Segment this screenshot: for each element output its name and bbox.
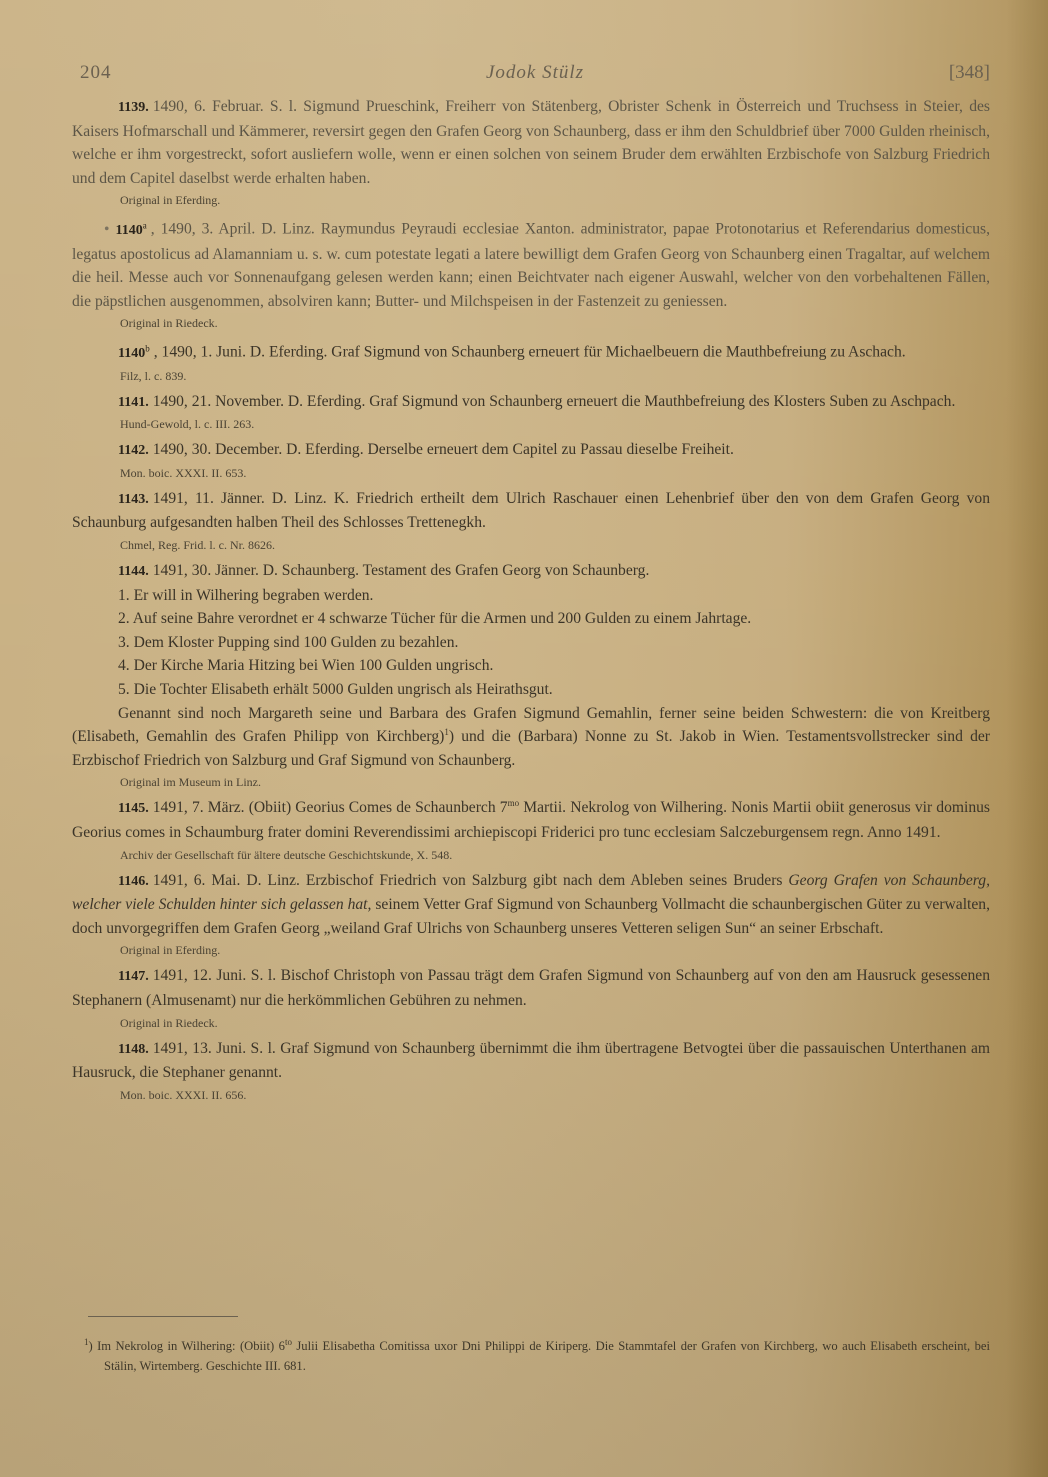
entry-source: Mon. boic. XXXI. II. 653. [120,463,990,483]
entry-number: 1142. [118,443,149,458]
entry-text: 1490, 30. December. D. Eferding. Derselb… [153,441,734,458]
regest-entry-1142: 1142.1490, 30. December. D. Eferding. De… [72,438,990,483]
entry-source: Original in Riedeck. [120,1013,990,1033]
list-item: 2. Auf seine Bahre verordnet er 4 schwar… [72,607,990,631]
running-title: Jodok Stülz [80,62,990,84]
entry-number: 1143. [118,492,149,507]
entry-source: Original in Eferding. [120,940,990,960]
bullet-marker: • [104,221,109,238]
regest-entry-1146: 1146.1491, 6. Mai. D. Linz. Erzbischof F… [72,869,990,961]
footnote-divider [88,1316,238,1317]
entry-number: 1145. [118,801,149,816]
testament-list: 1. Er will in Wilhering begraben werden.… [72,584,990,702]
entry-text: 1491, 13. Juni. S. l. Graf Sigmund von S… [72,1040,990,1082]
entry-number: 1148. [118,1042,149,1057]
entry-text: , 1490, 3. April. D. Linz. Raymundus Pey… [72,221,990,310]
entry-text: 1491, 11. Jänner. D. Linz. K. Friedrich … [72,490,990,532]
regest-entry-1140b: 1140b, 1490, 1. Juni. D. Eferding. Graf … [72,337,990,385]
entry-number: 1141. [118,395,149,410]
entry-number: 1139. [118,100,149,115]
regest-entry-1148: 1148.1491, 13. Juni. S. l. Graf Sigmund … [72,1037,990,1105]
entry-number: 1144. [118,564,149,579]
original-page-number: [348] [949,62,990,84]
list-item: 5. Die Tochter Elisabeth erhält 5000 Gul… [72,678,990,702]
regest-entry-1145: 1145.1491, 7. März. (Obiit) Georius Come… [72,796,990,864]
list-item: 1. Er will in Wilhering begraben werden. [72,584,990,608]
entry-number: 1147. [118,969,149,984]
regest-entry-1144: 1144.1491, 30. Jänner. D. Schaunberg. Te… [72,559,990,792]
regest-entry-1139: 1139.1490, 6. Februar. S. l. Sigmund Pru… [72,95,990,210]
entry-source: Mon. boic. XXXI. II. 656. [120,1085,990,1105]
entry-text: 1490, 21. November. D. Eferding. Graf Si… [153,393,956,410]
entry-number: 1140b [118,346,150,361]
regest-entry-1147: 1147.1491, 12. Juni. S. l. Bischof Chris… [72,964,990,1032]
list-item: 3. Dem Kloster Pupping sind 100 Gulden z… [72,631,990,655]
entry-source: Hund-Gewold, l. c. III. 263. [120,414,990,434]
entry-number: 1140a [115,223,146,238]
entry-source: Chmel, Reg. Frid. l. c. Nr. 8626. [120,535,990,555]
footnote: 1) Im Nekrolog in Wilhering: (Obiit) 6to… [84,1336,990,1376]
regest-entry-1140a: •1140a, 1490, 3. April. D. Linz. Raymund… [72,214,990,333]
entry-continuation: Genannt sind noch Margareth seine und Ba… [72,702,990,773]
entry-text: , 1490, 1. Juni. D. Eferding. Graf Sigmu… [154,344,906,361]
running-header: 204 Jodok Stülz [348] [80,62,990,88]
list-item: 4. Der Kirche Maria Hitzing bei Wien 100… [72,654,990,678]
entry-source: Original in Eferding. [120,190,990,210]
entry-text: 1490, 6. Februar. S. l. Sigmund Prueschi… [72,98,990,187]
entry-source: Original in Riedeck. [120,313,990,333]
entry-number: 1146. [118,874,149,889]
document-body: 1139.1490, 6. Februar. S. l. Sigmund Pru… [72,95,990,1109]
entry-source: Archiv der Gesellschaft für ältere deuts… [120,845,990,865]
entry-source: Filz, l. c. 839. [120,366,990,386]
entry-text: 1491, 30. Jänner. D. Schaunberg. Testame… [153,562,650,579]
entry-source: Original im Museum in Linz. [120,772,990,792]
entry-text: 1491, 12. Juni. S. l. Bischof Christoph … [72,967,990,1009]
regest-entry-1143: 1143.1491, 11. Jänner. D. Linz. K. Fried… [72,487,990,555]
regest-entry-1141: 1141.1490, 21. November. D. Eferding. Gr… [72,390,990,435]
